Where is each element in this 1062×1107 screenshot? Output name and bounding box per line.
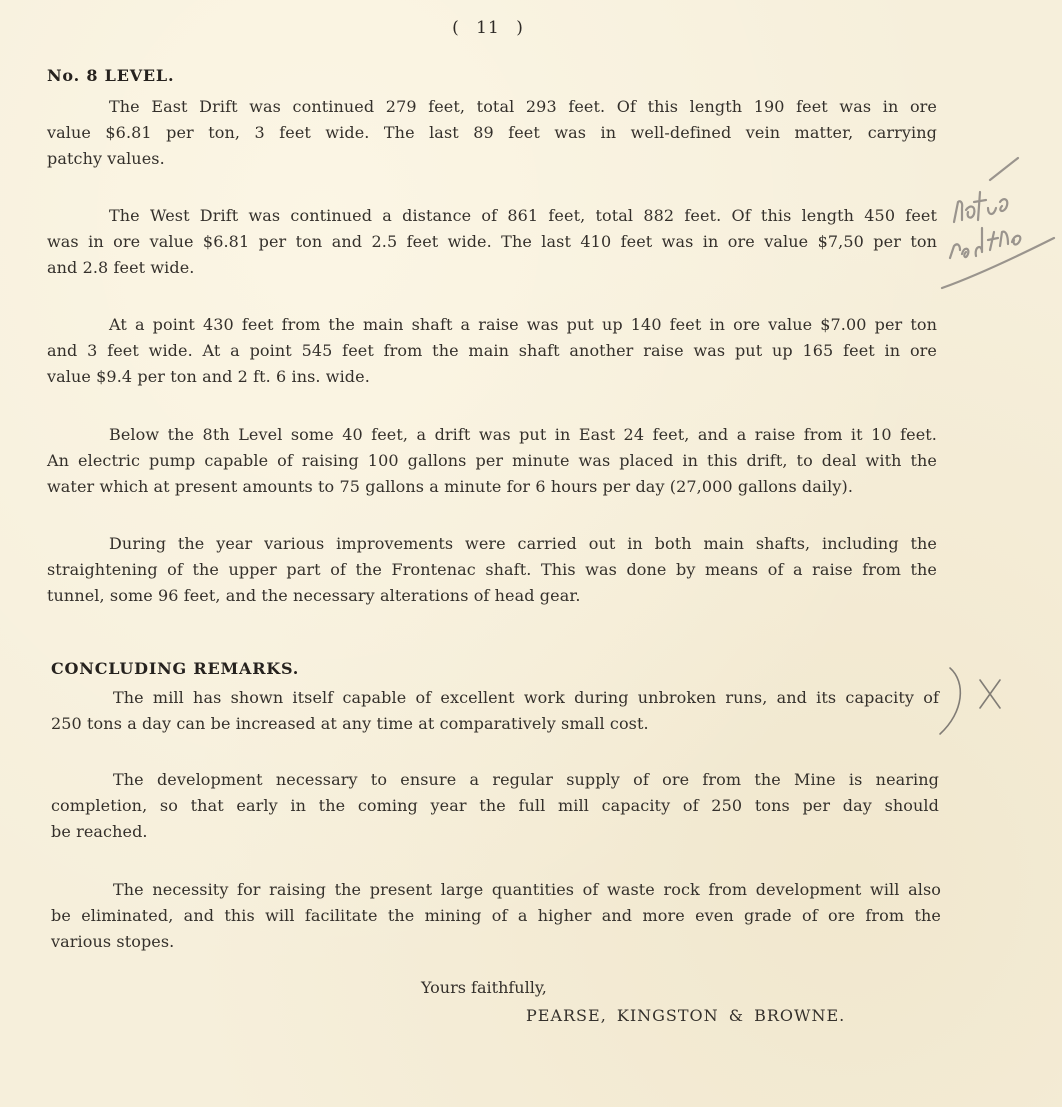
paragraph-line: be eliminated, and this will facilitate … [51,903,941,929]
document-page: ( 11 ) No. 8 LEVEL. The East Drift was c… [0,0,1062,1107]
handwritten-bracket-x-mark-icon [930,660,1040,750]
paragraph-raises: At a point 430 feet from the main shaft … [47,312,937,390]
paragraph-west-drift: The West Drift was continued a distance … [47,203,937,281]
paragraph-line: completion, so that early in the coming … [51,793,939,819]
section-heading-concluding-remarks: CONCLUDING REMARKS. [51,659,299,678]
paragraph-line: The development necessary to ensure a re… [51,767,939,793]
paragraph-line: and 3 feet wide. At a point 545 feet fro… [47,338,937,364]
paragraph-line: The East Drift was continued 279 feet, t… [47,94,937,120]
paragraph-line: 250 tons a day can be increased at any t… [51,711,939,737]
paragraph-line: was in ore value $6.81 per ton and 2.5 f… [47,229,937,255]
paragraph-development: The development necessary to ensure a re… [51,767,939,845]
paragraph-line: water which at present amounts to 75 gal… [47,474,937,500]
paragraph-line: value $6.81 per ton, 3 feet wide. The la… [47,120,937,146]
paragraph-improvements: During the year various improvements wer… [47,531,937,609]
paragraph-line: and 2.8 feet wide. [47,255,937,281]
paragraph-east-drift: The East Drift was continued 279 feet, t… [47,94,937,172]
paragraph-line: value $9.4 per ton and 2 ft. 6 ins. wide… [47,364,937,390]
paragraph-line: The West Drift was continued a distance … [47,203,937,229]
paragraph-line: An electric pump capable of raising 100 … [47,448,937,474]
paragraph-line: Below the 8th Level some 40 feet, a drif… [47,422,937,448]
handwritten-margin-note-icon [930,150,1062,300]
paragraph-line: The necessity for raising the present la… [51,877,941,903]
paragraph-line: patchy values. [47,146,937,172]
paragraph-line: be reached. [51,819,939,845]
page-number: ( 11 ) [0,18,976,38]
paragraph-line: At a point 430 feet from the main shaft … [47,312,937,338]
paragraph-below-8th-level: Below the 8th Level some 40 feet, a drif… [47,422,937,500]
paragraph-line: The mill has shown itself capable of exc… [51,685,939,711]
sign-off: Yours faithfully, [421,978,547,997]
paragraph-line: straightening of the upper part of the F… [47,557,937,583]
section-heading-no-8-level: No. 8 LEVEL. [47,66,174,85]
paragraph-line: tunnel, some 96 feet, and the necessary … [47,583,937,609]
paragraph-line: various stopes. [51,929,941,955]
paragraph-waste-rock: The necessity for raising the present la… [51,877,941,955]
signature: PEARSE, KINGSTON & BROWNE. [526,1006,845,1025]
paragraph-line: During the year various improvements wer… [47,531,937,557]
paragraph-mill-capacity: The mill has shown itself capable of exc… [51,685,939,737]
